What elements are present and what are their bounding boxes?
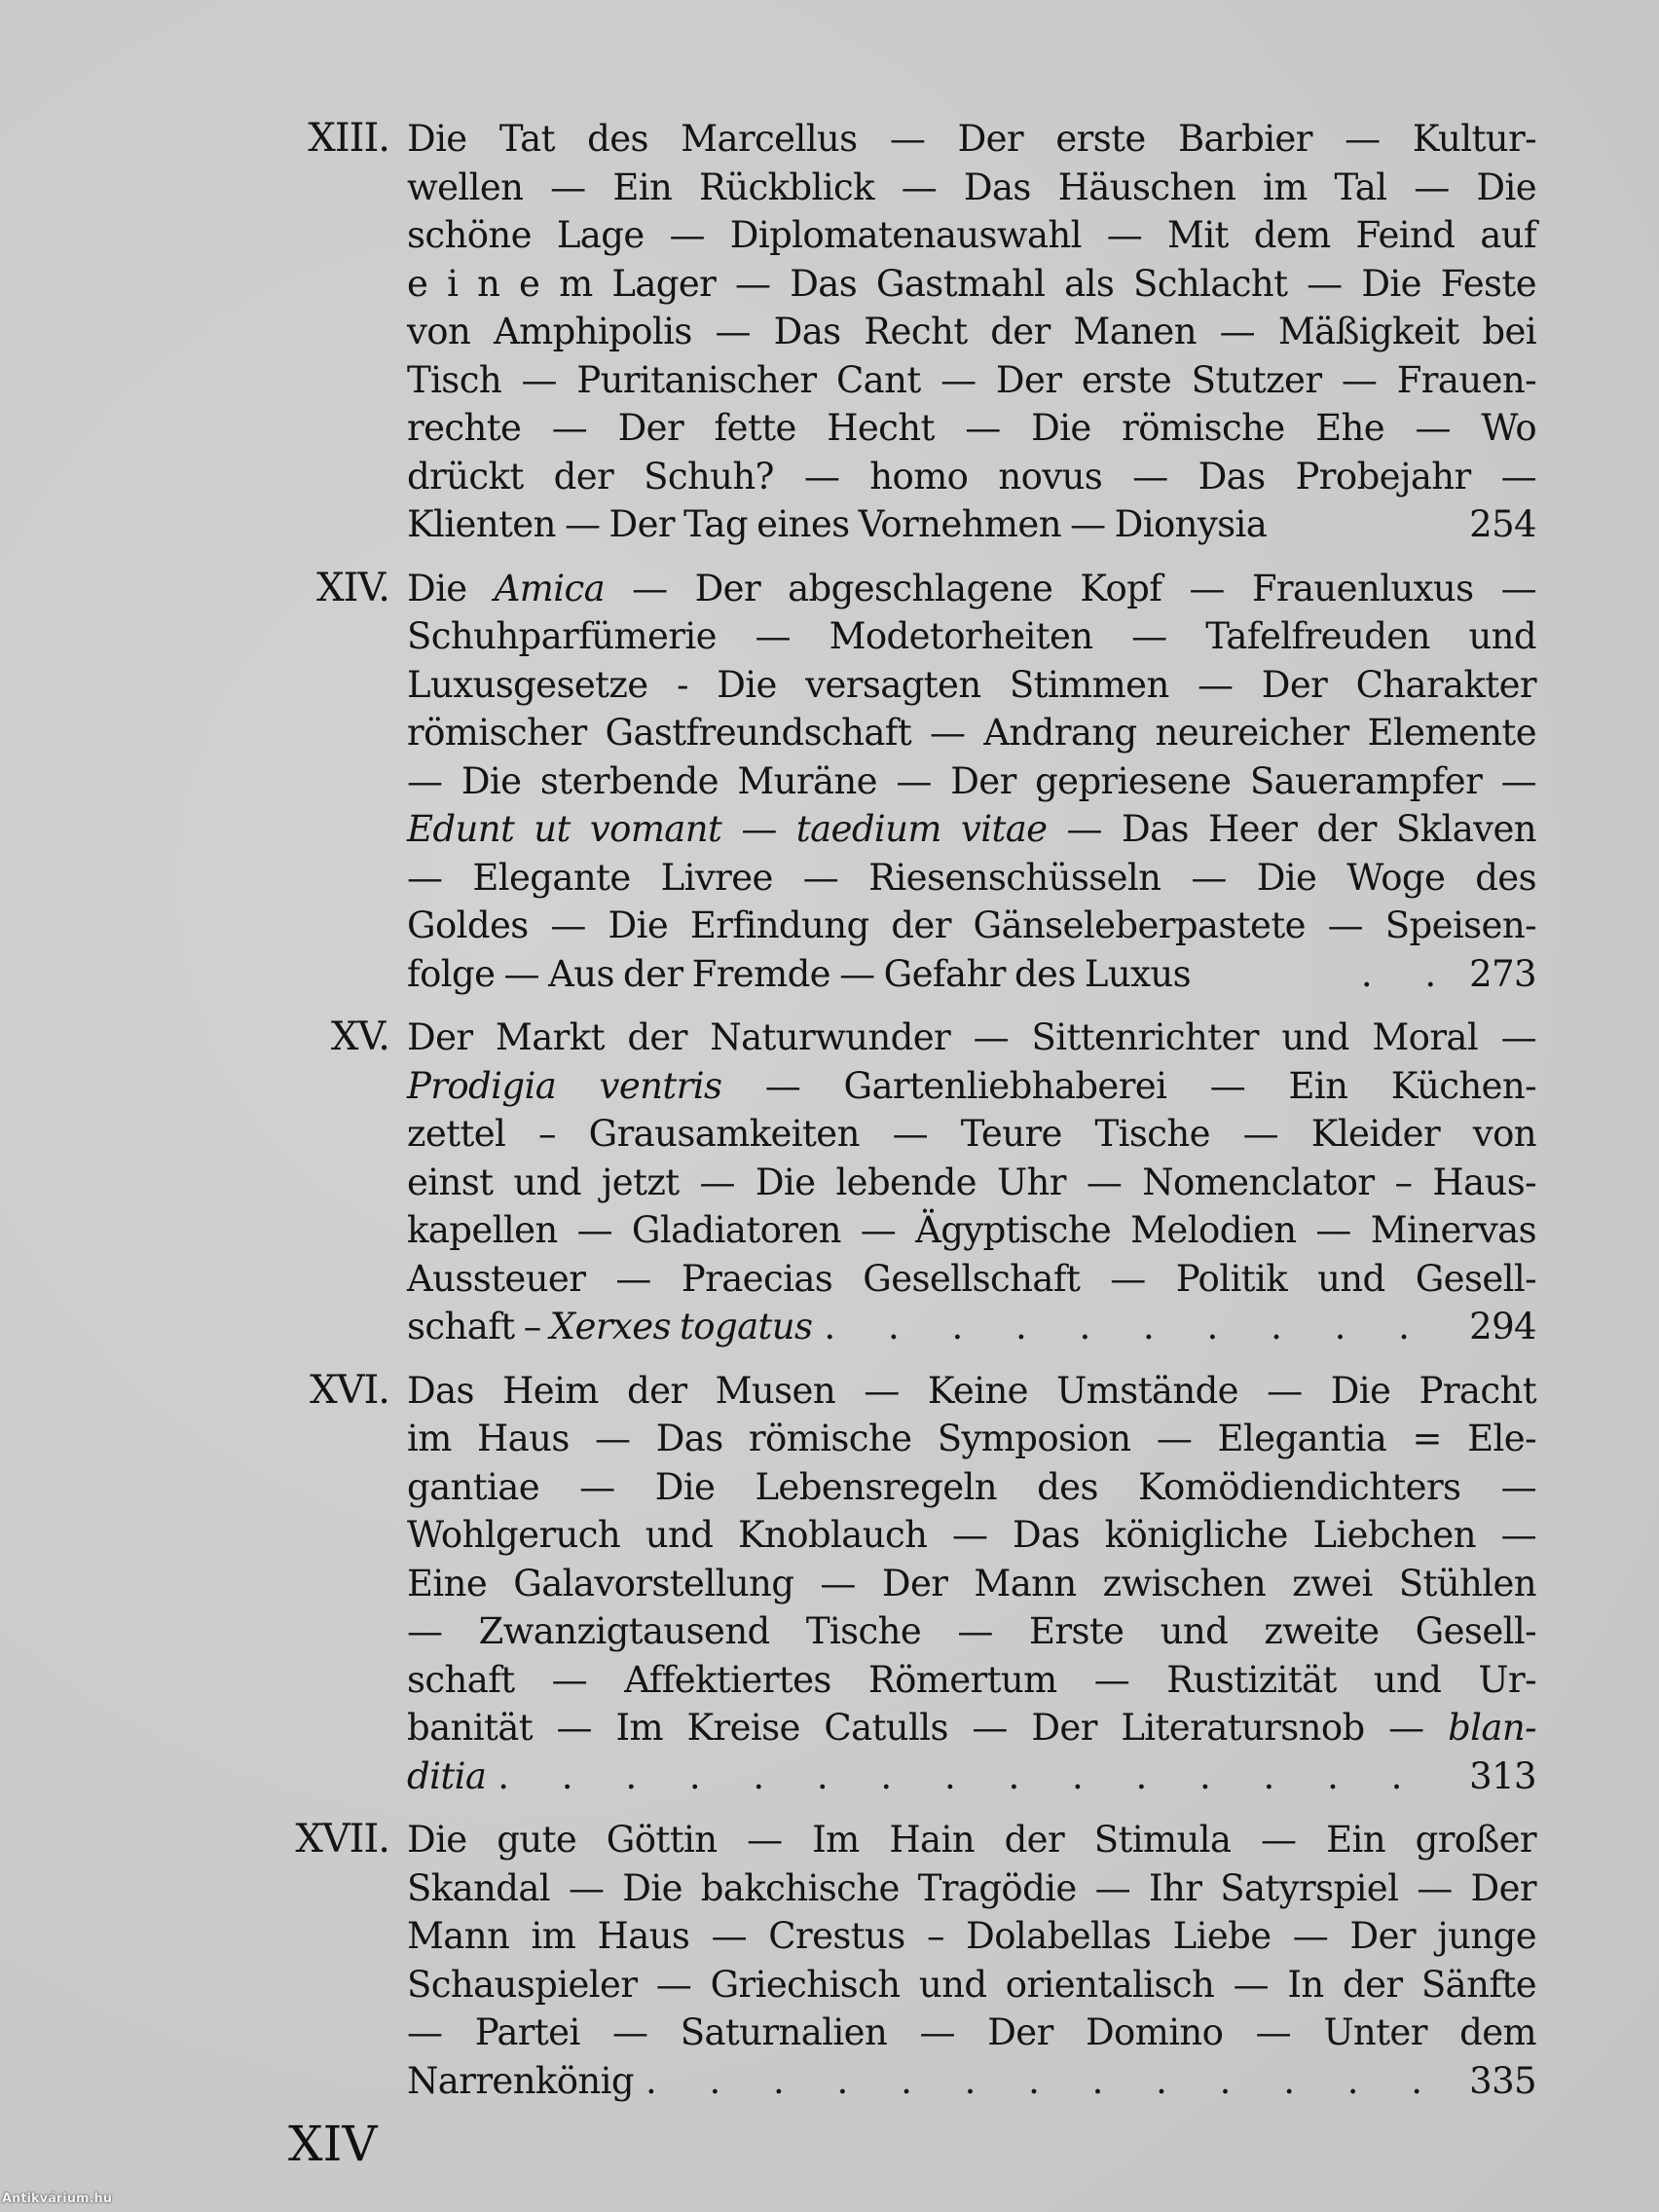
summary-line: einst und jetzt — Die lebende Uhr — Nome… <box>407 1159 1536 1207</box>
page-number: 254 <box>1469 500 1536 549</box>
summary-line: e i n e m Lager — Das Gastmahl als Schla… <box>407 260 1536 309</box>
summary-line: — Die sterbende Muräne — Der gepriesene … <box>407 757 1536 806</box>
summary-line: gantiae — Die Lebensregeln des Komödiend… <box>407 1463 1536 1512</box>
summary-line-text: ditia <box>407 1752 486 1801</box>
summary-last-line: folge — Aus der Fremde — Gefahr des Luxu… <box>407 950 1536 999</box>
summary-line: zettel – Grausamkeiten — Teure Tische — … <box>407 1110 1536 1159</box>
summary-line: Edunt ut vomant — taedium vitae — Das He… <box>407 805 1536 854</box>
summary-line: wellen — Ein Rückblick — Das Häuschen im… <box>407 164 1536 212</box>
summary-line: — Zwanzigtausend Tische — Erste und zwei… <box>407 1607 1536 1656</box>
toc-entry: XVI.Das Heim der Musen — Keine Umstände … <box>0 1367 1659 1801</box>
watermark: Antikvárium.hu <box>2 2192 112 2206</box>
summary-line-text: Narrenkönig <box>407 2057 634 2106</box>
chapter-numeral: XV. <box>331 1014 389 1062</box>
chapter-numeral: XIV. <box>316 565 389 613</box>
summary-line: von Amphipolis — Das Recht der Manen — M… <box>407 308 1536 356</box>
summary-line: Die Tat des Marcellus — Der erste Barbie… <box>407 115 1536 164</box>
toc-entry: XIII.Die Tat des Marcellus — Der erste B… <box>0 115 1659 549</box>
summary-line: Tisch — Puritanischer Cant — Der erste S… <box>407 356 1536 405</box>
summary-line: Mann im Haus — Crestus – Dolabellas Lieb… <box>407 1912 1536 1961</box>
summary-line: Die gute Göttin — Im Hain der Stimula — … <box>407 1816 1536 1864</box>
chapter-summary: Die gute Göttin — Im Hain der Stimula — … <box>407 1816 1536 2105</box>
chapter-numeral: XVII. <box>295 1816 389 1864</box>
summary-line: schöne Lage — Diplomatenauswahl — Mit de… <box>407 211 1536 260</box>
summary-line-text: Klienten — Der Tag eines Vornehmen — Dio… <box>407 500 1267 549</box>
summary-last-line: ditia. . . . . . . . . . . . . . . . . .… <box>407 1752 1536 1801</box>
chapter-numeral: XVI. <box>310 1367 389 1416</box>
summary-line: Das Heim der Musen — Keine Umstände — Di… <box>407 1367 1536 1416</box>
summary-line: Der Markt der Naturwunder — Sittenrichte… <box>407 1014 1536 1062</box>
dot-leader: . . . . . . . . . . . . . . . . . . <box>498 1752 1457 1801</box>
summary-line: kapellen — Gladiatoren — Ägyptische Melo… <box>407 1206 1536 1255</box>
page-number: 294 <box>1469 1303 1536 1351</box>
summary-line: Prodigia ventris — Gartenliebhaberei — E… <box>407 1062 1536 1111</box>
summary-line: rechte — Der fette Hecht — Die römische … <box>407 404 1536 453</box>
dot-leader: . . . . . . . . . . . <box>824 1303 1457 1351</box>
chapter-summary: Die Amica — Der abgeschlagene Kopf — Fra… <box>407 565 1536 999</box>
summary-line: Schuhparfümerie — Modetorheiten — Tafelf… <box>407 612 1536 661</box>
dot-leader: . . <box>1202 950 1457 999</box>
page-number: 335 <box>1469 2057 1536 2106</box>
page-number: 273 <box>1469 950 1536 999</box>
summary-line: Eine Galavorstellung — Der Mann zwischen… <box>407 1560 1536 1608</box>
summary-line-text: folge — Aus der Fremde — Gefahr des Luxu… <box>407 950 1191 999</box>
summary-line: römischer Gastfreundschaft — Andrang neu… <box>407 709 1536 757</box>
summary-last-line: Narrenkönig. . . . . . . . . . . . . . .… <box>407 2057 1536 2106</box>
chapter-numeral: XIII. <box>308 115 389 164</box>
summary-line: banität — Im Kreise Catulls — Der Litera… <box>407 1704 1536 1752</box>
toc-entry: XVII.Die gute Göttin — Im Hain der Stimu… <box>0 1816 1659 2105</box>
summary-line-text: schaft – Xerxes togatus <box>407 1303 812 1351</box>
summary-line: Goldes — Die Erfindung der Gänseleberpas… <box>407 902 1536 950</box>
chapter-summary: Die Tat des Marcellus — Der erste Barbie… <box>407 115 1536 549</box>
summary-last-line: Klienten — Der Tag eines Vornehmen — Dio… <box>407 500 1536 549</box>
summary-line: Luxusgesetze - Die versagten Stimmen — D… <box>407 661 1536 710</box>
summary-line: — Elegante Livree — Riesenschüsseln — Di… <box>407 854 1536 903</box>
toc-entry: XV.Der Markt der Naturwunder — Sittenric… <box>0 1014 1659 1351</box>
summary-line: — Partei — Saturnalien — Der Domino — Un… <box>407 2009 1536 2057</box>
dot-leader: . . . . . . . . . . . . . . . . . <box>645 2057 1457 2106</box>
page-number: 313 <box>1469 1752 1536 1801</box>
summary-line: Wohlgeruch und Knoblauch — Das königlich… <box>407 1511 1536 1560</box>
summary-line: Schauspieler — Griechisch und orientalis… <box>407 1961 1536 2009</box>
summary-line: Die Amica — Der abgeschlagene Kopf — Fra… <box>407 565 1536 613</box>
summary-line: im Haus — Das römische Symposion — Elega… <box>407 1415 1536 1463</box>
chapter-summary: Der Markt der Naturwunder — Sittenrichte… <box>407 1014 1536 1351</box>
summary-line: Aussteuer — Praecias Gesellschaft — Poli… <box>407 1255 1536 1304</box>
page-folio: XIV <box>288 2115 377 2173</box>
table-of-contents: XIII.Die Tat des Marcellus — Der erste B… <box>0 115 1659 2120</box>
summary-line: schaft — Affektiertes Römertum — Rustizi… <box>407 1656 1536 1705</box>
summary-last-line: schaft – Xerxes togatus. . . . . . . . .… <box>407 1303 1536 1351</box>
summary-line: Skandal — Die bakchische Tragödie — Ihr … <box>407 1864 1536 1913</box>
chapter-summary: Das Heim der Musen — Keine Umstände — Di… <box>407 1367 1536 1801</box>
toc-entry: XIV.Die Amica — Der abgeschlagene Kopf —… <box>0 565 1659 999</box>
summary-line: drückt der Schuh? — homo novus — Das Pro… <box>407 453 1536 501</box>
